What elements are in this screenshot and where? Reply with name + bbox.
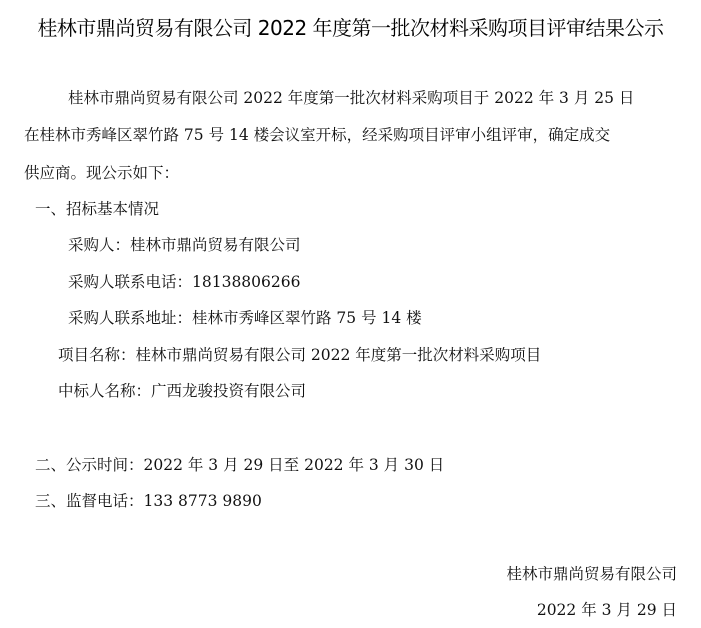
signature-company: 桂林市鼎尚贸易有限公司: [506, 563, 677, 585]
intro-line-3: 供应商。现公示如下：: [24, 162, 179, 184]
purchaser-phone: 采购人联系电话：18138806266: [68, 271, 300, 293]
project-name: 项目名称：桂林市鼎尚贸易有限公司 2022 年度第一批次材料采购项目: [58, 344, 541, 366]
purchaser: 采购人：桂林市鼎尚贸易有限公司: [68, 234, 301, 256]
winner-name: 中标人名称：广西龙骏投资有限公司: [58, 380, 306, 402]
section-2-publicity-period: 二、公示时间：2022 年 3 月 29 日至 2022 年 3 月 30 日: [35, 454, 444, 476]
purchaser-address: 采购人联系地址：桂林市秀峰区翠竹路 75 号 14 楼: [68, 307, 422, 329]
section-3-supervision-phone: 三、监督电话：133 8773 9890: [35, 490, 262, 512]
signature-date: 2022 年 3 月 29 日: [537, 599, 677, 621]
section-1-heading: 一、招标基本情况: [35, 198, 159, 220]
intro-line-2: 在桂林市秀峰区翠竹路 75 号 14 楼会议室开标，经采购项目评审小组评审，确定…: [24, 124, 610, 146]
intro-line-1: 桂林市鼎尚贸易有限公司 2022 年度第一批次材料采购项目于 2022 年 3 …: [68, 87, 634, 109]
document-title: 桂林市鼎尚贸易有限公司 2022 年度第一批次材料采购项目评审结果公示: [0, 14, 701, 42]
